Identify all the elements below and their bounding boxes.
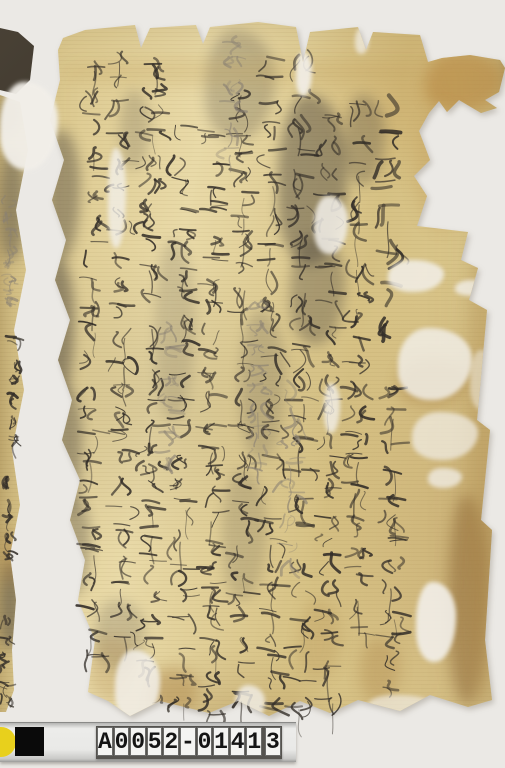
label-tile: 1 <box>213 727 229 756</box>
archive-label: A0052-01413 <box>96 726 282 759</box>
surface-damage <box>0 0 505 768</box>
label-tile: 0 <box>130 727 146 756</box>
label-tile: 5 <box>147 727 163 756</box>
label-tile: 2 <box>163 727 179 756</box>
black-calibration-square <box>15 727 44 756</box>
label-tile: 0 <box>197 727 213 756</box>
label-tile: 1 <box>246 727 262 756</box>
label-tile: A <box>97 727 113 756</box>
white-loss <box>0 82 58 170</box>
label-tile: 4 <box>230 727 246 756</box>
manuscript-photo: A0052-01413 <box>0 0 505 768</box>
label-tile: 0 <box>114 727 130 756</box>
label-tile: 3 <box>265 727 281 756</box>
label-tile: - <box>180 727 196 756</box>
